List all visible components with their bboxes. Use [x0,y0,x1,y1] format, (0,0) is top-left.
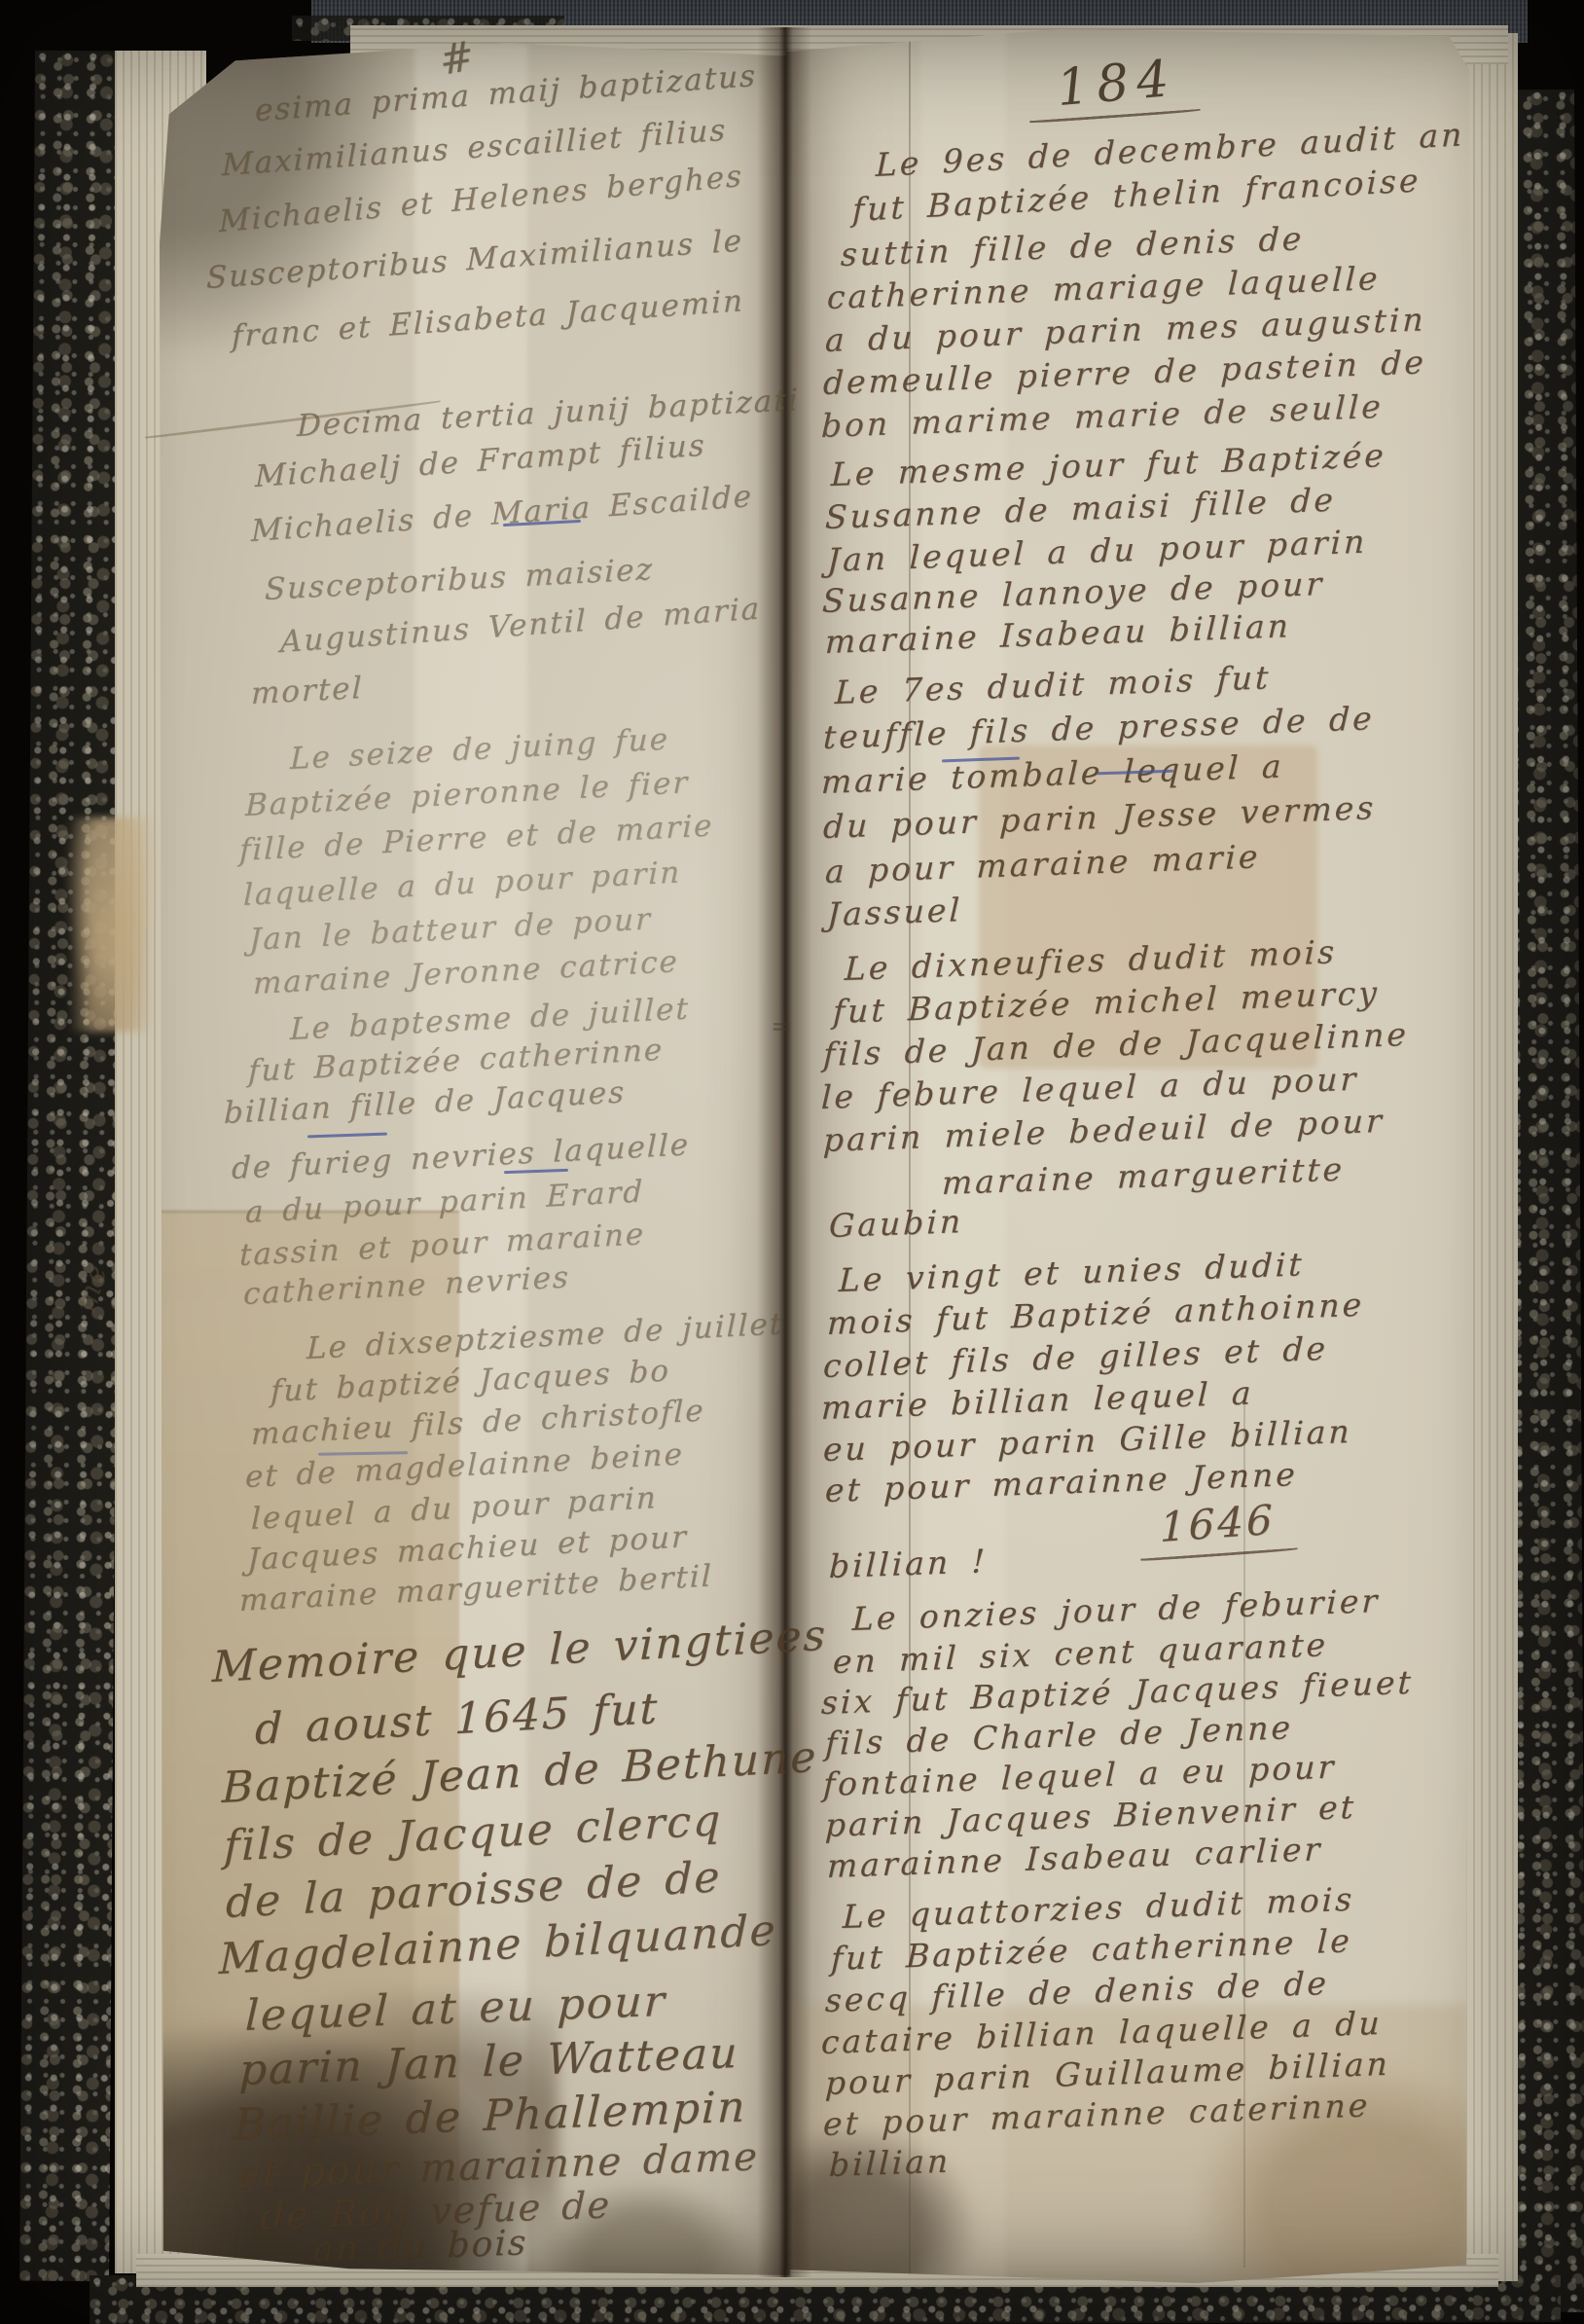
right-manuscript-line: Jassuel [826,890,962,933]
right-manuscript-line: = [770,1012,796,1041]
right-manuscript-line: 1646 [1160,1496,1276,1551]
right-page-text: Le 9es de decembre audit anfut Baptizée … [0,0,1584,2324]
right-manuscript-line: marie tombale lequel a [820,746,1284,801]
right-manuscript-line: billian [828,2142,952,2184]
right-manuscript-line: Le 7es dudit mois fut [834,658,1272,711]
manuscript-photo: #esima prima maij baptizatusMaximilianus… [0,0,1584,2324]
page-number: 184 [1055,50,1179,119]
right-manuscript-line: maraine margueritte [941,1150,1345,1203]
right-manuscript-line: a pour maraine marie [824,837,1261,890]
right-manuscript-line: Gaubin [828,1202,964,1245]
right-manuscript-line: billian ! [828,1542,988,1585]
